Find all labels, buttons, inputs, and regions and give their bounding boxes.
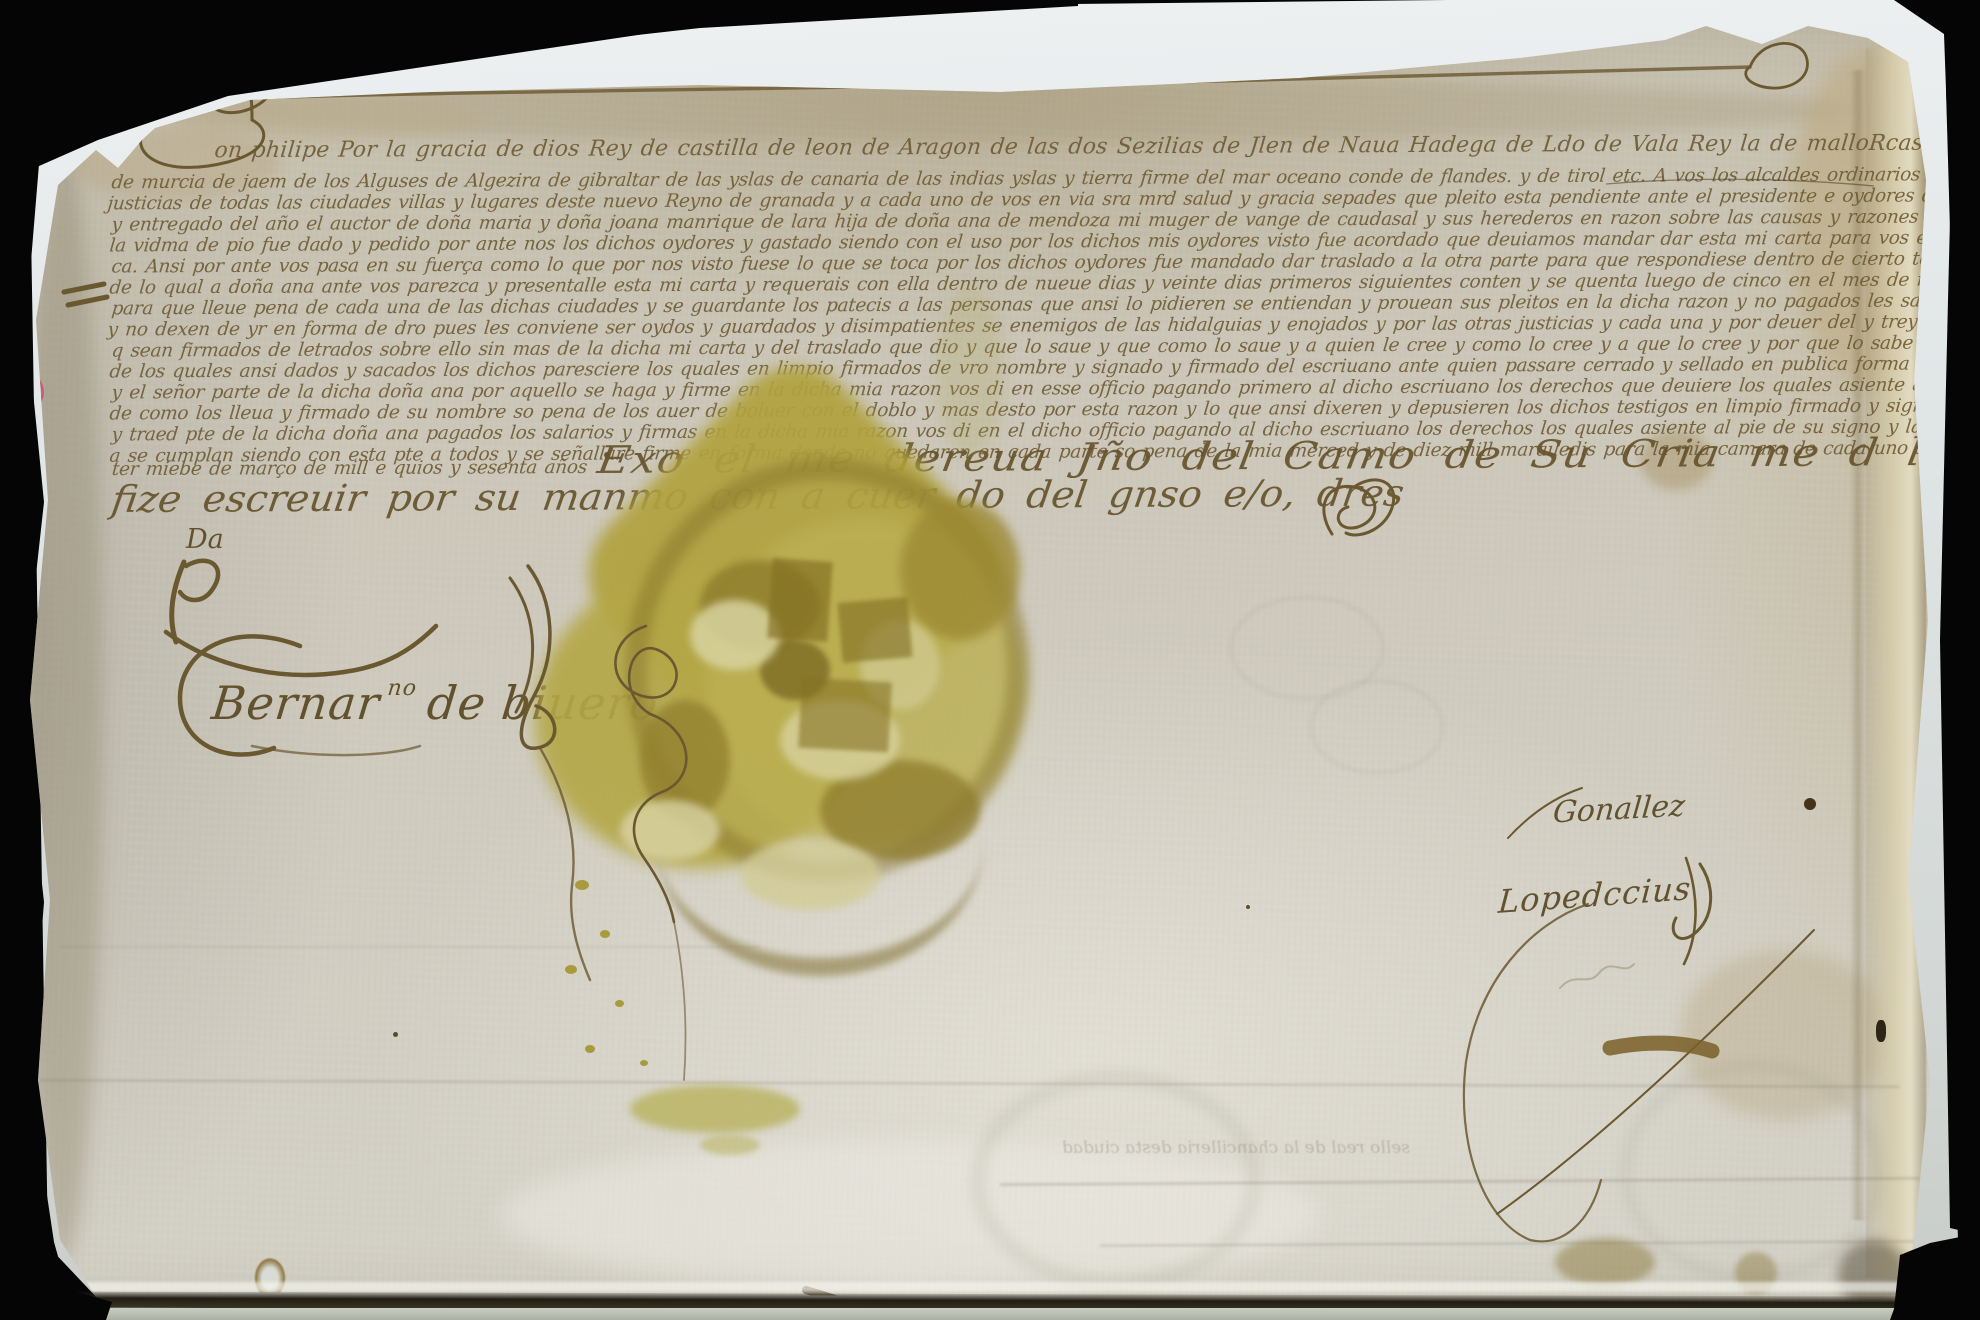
ink-flourishes	[0, 0, 1980, 1320]
ghost-m-stroke	[1560, 964, 1634, 988]
paraph-swirl	[615, 626, 686, 922]
royal-initial-r-stem	[172, 562, 184, 642]
margin-equals-mark	[64, 284, 107, 305]
signature-initial-c-swash	[180, 636, 300, 754]
under-page-strip	[100, 1308, 1900, 1320]
signature-paraph-descender	[540, 748, 590, 980]
bottom-edge-highlight	[60, 1282, 1900, 1292]
right-signature-leadin	[1508, 788, 1582, 838]
parchment-page: sello real de la chancilleria desta ciud…	[0, 0, 1980, 1320]
royal-initial-r-head	[180, 561, 218, 600]
signature-paraph-knot	[521, 566, 554, 748]
manuscript-photo: sello real de la chancilleria desta ciud…	[0, 0, 1980, 1320]
signature-underline	[252, 746, 420, 755]
top-rule-end-flourish	[1746, 43, 1808, 88]
hairline-top-right	[1606, 179, 1874, 186]
script-end-rubric	[1324, 486, 1375, 534]
thick-brown-dash	[1610, 1043, 1712, 1051]
right-signature-j-paraph	[1684, 858, 1696, 964]
right-signature-oval-loop	[1464, 904, 1601, 1241]
signature-paraph-knot	[510, 578, 533, 712]
paraph-swirl-tail	[674, 922, 686, 1080]
right-signature-cross-line	[1497, 930, 1814, 1214]
